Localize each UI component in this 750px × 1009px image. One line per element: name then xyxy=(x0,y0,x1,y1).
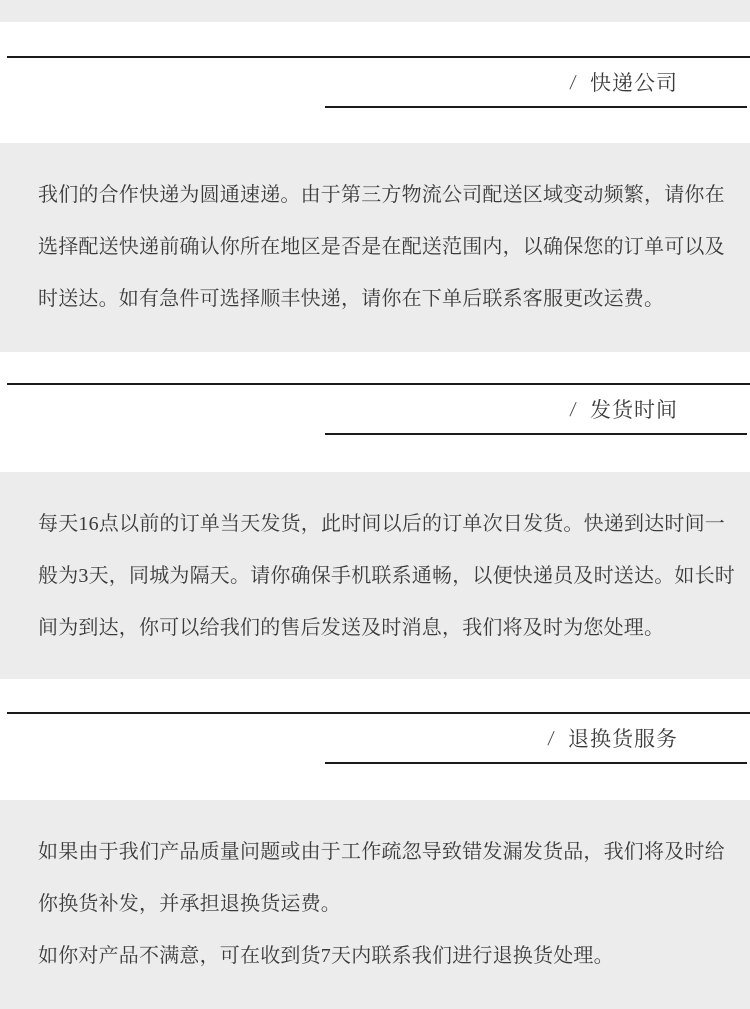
spacer xyxy=(0,679,750,712)
body-line: 时送达。如有急件可选择顺丰快递，请你在下单后联系客服更改运费。 xyxy=(38,273,725,325)
body-line: 间为到达，你可以给我们的售后发送及时消息，我们将及时为您处理。 xyxy=(38,602,725,654)
slash-icon: / xyxy=(569,397,578,422)
section-title: 快递公司 xyxy=(590,67,678,97)
section-title-row: / 发货时间 xyxy=(0,385,750,433)
section-title: 退换货服务 xyxy=(568,723,678,753)
slash-icon: / xyxy=(569,70,578,95)
title-underline xyxy=(325,433,747,435)
section-title-row: / 退换货服务 xyxy=(0,714,750,762)
section-header-express-company: / 快递公司 xyxy=(0,56,750,108)
spacer xyxy=(0,352,750,383)
body-line: 你换货补发，并承担退换货运费。 xyxy=(38,878,725,930)
body-block-express-company: 我们的合作快递为圆通速递。由于第三方物流公司配送区域变动频繁，请你在 选择配送快… xyxy=(0,143,750,352)
top-gray-strip xyxy=(0,0,750,22)
body-line: 选择配送快递前确认你所在地区是否是在配送范围内，以确保您的订单可以及 xyxy=(38,221,725,273)
body-block-shipping-time: 每天16点以前的订单当天发货，此时间以后的订单次日发货。快递到达时间一 般为3天… xyxy=(0,472,750,679)
body-line: 如你对产品不满意，可在收到货7天内联系我们进行退换货处理。 xyxy=(38,930,725,982)
section-title-row: / 快递公司 xyxy=(0,58,750,106)
title-underline xyxy=(325,762,747,764)
spacer xyxy=(0,22,750,56)
body-line: 般为3天，同城为隔天。请你确保手机联系通畅，以便快递员及时送达。如长时 xyxy=(38,550,725,602)
body-line: 如果由于我们产品质量问题或由于工作疏忽导致错发漏发货品，我们将及时给 xyxy=(38,826,725,878)
section-title: 发货时间 xyxy=(590,394,678,424)
section-header-return-service: / 退换货服务 xyxy=(0,712,750,764)
body-block-return-service: 如果由于我们产品质量问题或由于工作疏忽导致错发漏发货品，我们将及时给 你换货补发… xyxy=(0,800,750,1009)
body-line: 每天16点以前的订单当天发货，此时间以后的订单次日发货。快递到达时间一 xyxy=(38,498,725,550)
body-line: 我们的合作快递为圆通速递。由于第三方物流公司配送区域变动频繁，请你在 xyxy=(38,169,725,221)
slash-icon: / xyxy=(547,726,556,751)
title-underline xyxy=(325,106,747,108)
section-header-shipping-time: / 发货时间 xyxy=(0,383,750,435)
product-description-page: / 快递公司 我们的合作快递为圆通速递。由于第三方物流公司配送区域变动频繁，请你… xyxy=(0,0,750,1009)
